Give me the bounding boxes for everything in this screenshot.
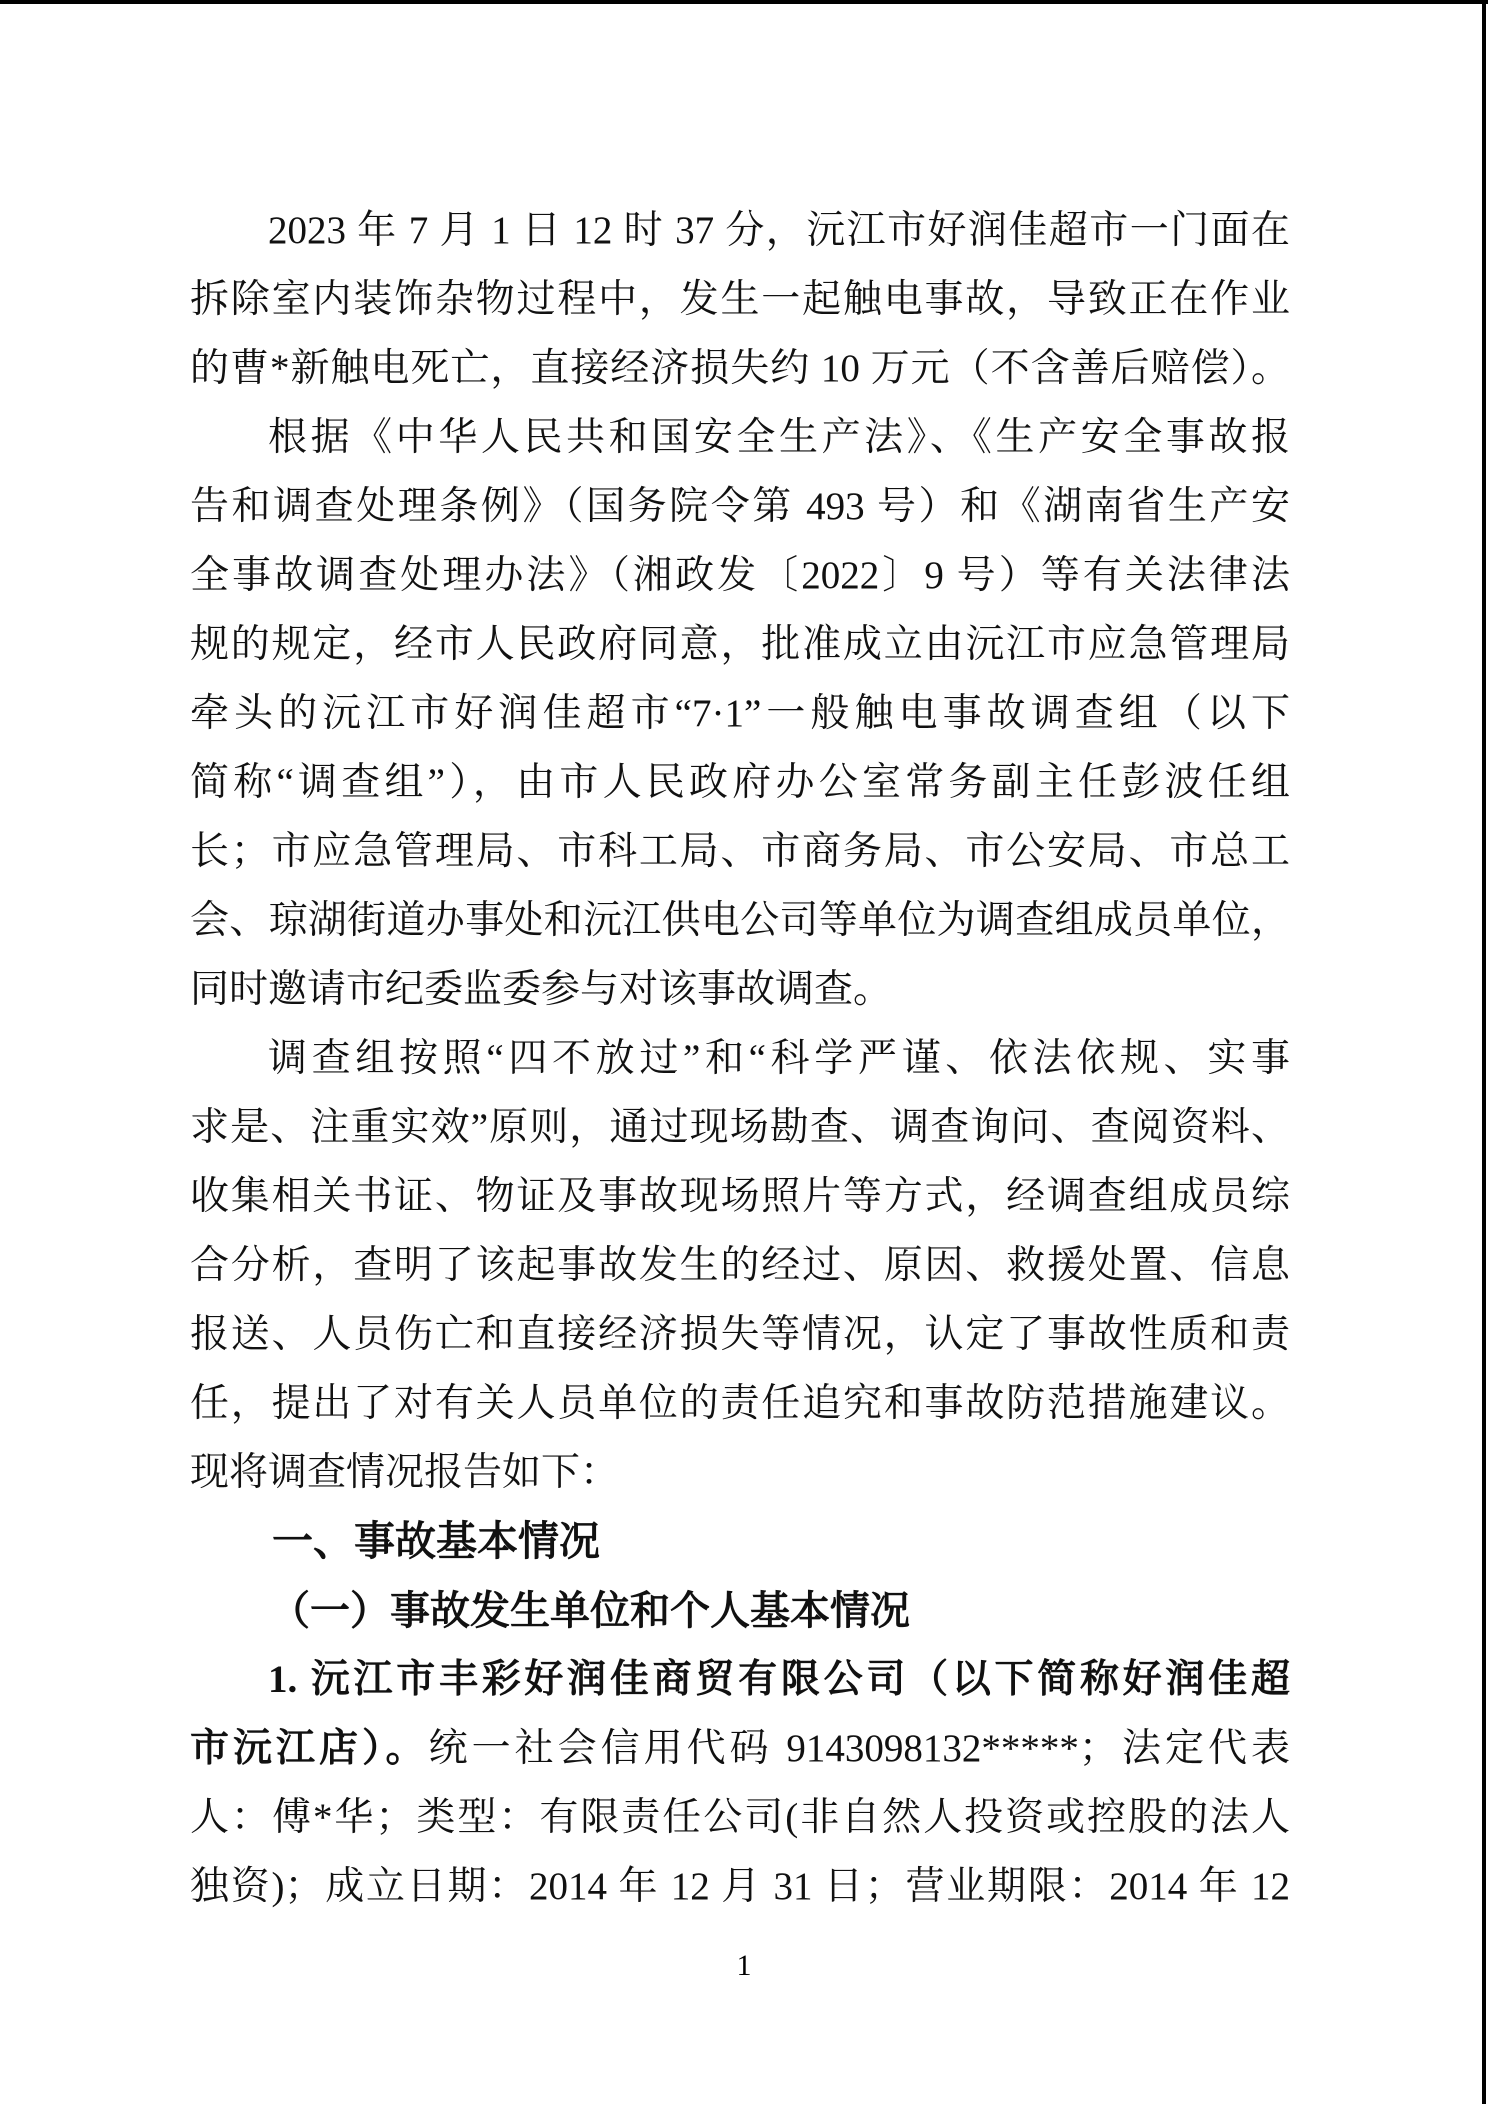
scan-artifact-top (0, 0, 1488, 4)
bold-text-segment: 1. 沅江市丰彩好润佳商贸有限公司（以下简称好润佳超 (268, 1658, 1290, 1701)
text-segment: 收集相关书证、物证及事故现场照片等方式，经调查组成员综 (190, 1175, 1290, 1218)
text-line: 人：傅*华；类型：有限责任公司(非自然人投资或控股的法人 (190, 1783, 1290, 1852)
text-line: 会、琼湖街道办事处和沅江供电公司等单位为调查组成员单位， (190, 886, 1290, 955)
text-segment: 人：傅*华；类型：有限责任公司(非自然人投资或控股的法人 (190, 1796, 1290, 1839)
text-segment: 告和调查处理条例》（国务院令第 493 号）和《湖南省生产安 (190, 485, 1290, 528)
bold-text-segment: 一、事故基本情况 (272, 1518, 600, 1564)
text-line: 市沅江店）。统一社会信用代码 9143098132*****；法定代表 (190, 1714, 1290, 1783)
text-line: 任，提出了对有关人员单位的责任追究和事故防范措施建议。 (190, 1369, 1290, 1438)
document-text: 2023 年 7 月 1 日 12 时 37 分，沅江市好润佳超市一门面在拆除室… (190, 196, 1290, 1921)
text-segment: 会、琼湖街道办事处和沅江供电公司等单位为调查组成员单位， (190, 899, 1290, 942)
text-line: 收集相关书证、物证及事故现场照片等方式，经调查组成员综 (190, 1162, 1290, 1231)
text-line: 规的规定，经市人民政府同意，批准成立由沅江市应急管理局 (190, 610, 1290, 679)
text-segment: 求是、注重实效”原则，通过现场勘查、调查询问、查阅资料、 (190, 1106, 1290, 1149)
text-line: 拆除室内装饰杂物过程中，发生一起触电事故，导致正在作业 (190, 265, 1290, 334)
text-segment: 长；市应急管理局、市科工局、市商务局、市公安局、市总工 (190, 830, 1290, 873)
text-segment: 简称“调查组”），由市人民政府办公室常务副主任彭波任组 (190, 761, 1290, 804)
text-segment: 任，提出了对有关人员单位的责任追究和事故防范措施建议。 (190, 1382, 1290, 1425)
text-segment: 同时邀请市纪委监委参与对该事故调查。 (190, 968, 892, 1011)
scan-artifact-right (1482, 0, 1486, 2104)
text-line: 报送、人员伤亡和直接经济损失等情况，认定了事故性质和责 (190, 1300, 1290, 1369)
text-segment: 拆除室内装饰杂物过程中，发生一起触电事故，导致正在作业 (190, 278, 1290, 321)
text-segment: 调查组按照“四不放过”和“科学严谨、依法依规、实事 (268, 1037, 1290, 1080)
text-line: 牵头的沅江市好润佳超市“7·1”一般触电事故调查组（以下 (190, 679, 1290, 748)
text-line: 告和调查处理条例》（国务院令第 493 号）和《湖南省生产安 (190, 472, 1290, 541)
text-line: 求是、注重实效”原则，通过现场勘查、调查询问、查阅资料、 (190, 1093, 1290, 1162)
bold-text-segment: （一）事故发生单位和个人基本情况 (270, 1588, 910, 1633)
text-segment: 现将调查情况报告如下： (190, 1451, 619, 1494)
text-segment: 牵头的沅江市好润佳超市“7·1”一般触电事故调查组（以下 (190, 692, 1290, 735)
text-line: 同时邀请市纪委监委参与对该事故调查。 (190, 955, 1290, 1024)
text-segment: 统一社会信用代码 9143098132*****；法定代表 (429, 1727, 1290, 1770)
text-segment: 2023 年 7 月 1 日 12 时 37 分，沅江市好润佳超市一门面在 (268, 209, 1290, 252)
text-segment: 报送、人员伤亡和直接经济损失等情况，认定了事故性质和责 (190, 1313, 1290, 1356)
text-segment: 的曹*新触电死亡，直接经济损失约 10 万元（不含善后赔偿）。 (190, 347, 1290, 390)
text-line: 简称“调查组”），由市人民政府办公室常务副主任彭波任组 (190, 748, 1290, 817)
text-line: 长；市应急管理局、市科工局、市商务局、市公安局、市总工 (190, 817, 1290, 886)
text-line: 调查组按照“四不放过”和“科学严谨、依法依规、实事 (190, 1024, 1290, 1093)
text-line: 1. 沅江市丰彩好润佳商贸有限公司（以下简称好润佳超 (190, 1645, 1290, 1714)
text-line: 根据《中华人民共和国安全生产法》、《生产安全事故报 (190, 403, 1290, 472)
text-segment: 根据《中华人民共和国安全生产法》、《生产安全事故报 (268, 416, 1290, 459)
text-line: 全事故调查处理办法》（湘政发〔2022〕9 号）等有关法律法 (190, 541, 1290, 610)
text-segment: 全事故调查处理办法》（湘政发〔2022〕9 号）等有关法律法 (190, 554, 1290, 597)
bold-text-segment: 市沅江店）。 (190, 1727, 429, 1770)
text-line: 独资)；成立日期：2014 年 12 月 31 日；营业期限：2014 年 12 (190, 1852, 1290, 1921)
text-line: 合分析，查明了该起事故发生的经过、原因、救援处置、信息 (190, 1231, 1290, 1300)
text-line: 现将调查情况报告如下： (190, 1438, 1290, 1507)
page-number: 1 (0, 1942, 1488, 1990)
text-segment: 合分析，查明了该起事故发生的经过、原因、救援处置、信息 (190, 1244, 1290, 1287)
subsection-heading: （一）事故发生单位和个人基本情况 (190, 1576, 1290, 1645)
section-heading: 一、事故基本情况 (190, 1507, 1290, 1576)
text-line: 的曹*新触电死亡，直接经济损失约 10 万元（不含善后赔偿）。 (190, 334, 1290, 403)
text-segment: 规的规定，经市人民政府同意，批准成立由沅江市应急管理局 (190, 623, 1290, 666)
document-page: 2023 年 7 月 1 日 12 时 37 分，沅江市好润佳超市一门面在拆除室… (0, 0, 1488, 2104)
text-segment: 独资)；成立日期：2014 年 12 月 31 日；营业期限：2014 年 12 (190, 1865, 1290, 1908)
text-line: 2023 年 7 月 1 日 12 时 37 分，沅江市好润佳超市一门面在 (190, 196, 1290, 265)
